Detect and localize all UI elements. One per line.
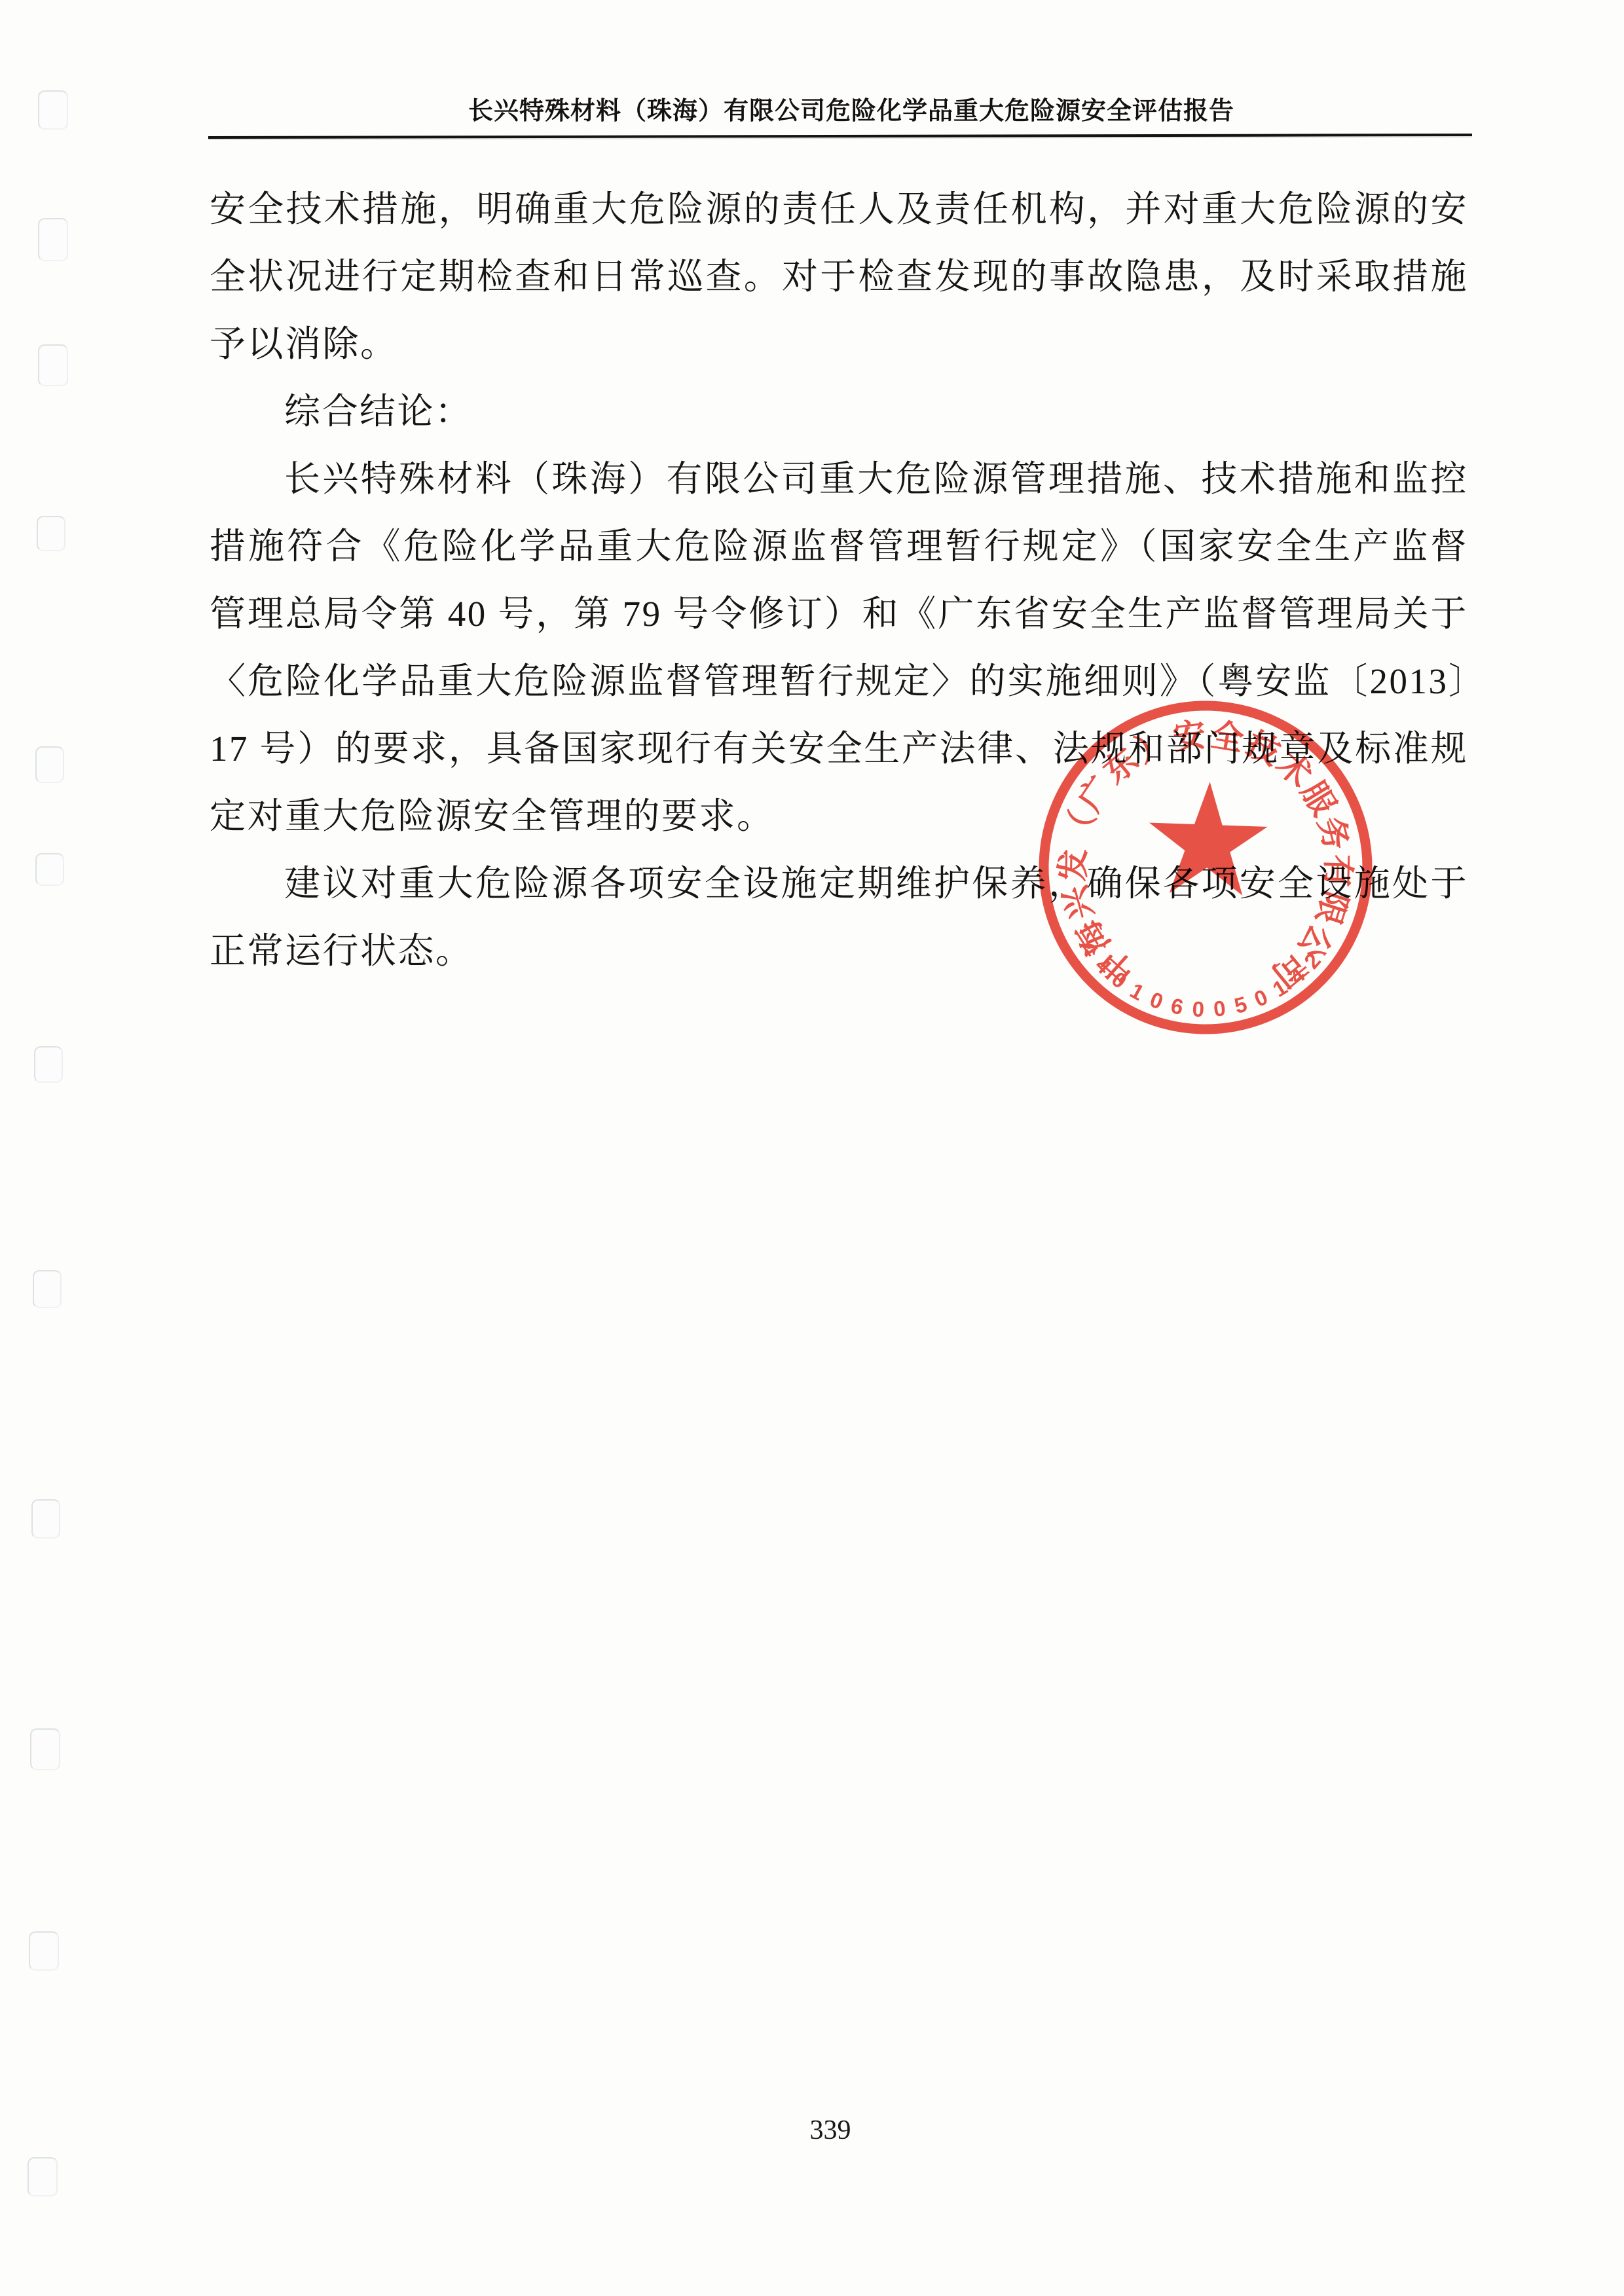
paragraph: 综合结论： — [210, 378, 1468, 445]
scan-artifact — [30, 1728, 60, 1770]
scan-artifact — [37, 516, 65, 551]
page-header-title: 长兴特殊材料（珠海）有限公司危险化学品重大危险源安全评估报告 — [223, 90, 1480, 126]
company-seal-stamp: 中海兴发（广东）安全技术服务有限公司 4401060050142 — [1037, 699, 1374, 1036]
scan-artifact — [38, 218, 68, 261]
scan-artifact — [38, 344, 68, 386]
scan-artifact — [35, 853, 64, 886]
scanned-report-page: 长兴特殊材料（珠海）有限公司危险化学品重大危险源安全评估报告 安全技术措施，明确… — [0, 0, 1624, 2296]
paragraph: 安全技术措施，明确重大危险源的责任人及责任机构，并对重大危险源的安全状况进行定期… — [210, 175, 1468, 378]
scan-artifact — [33, 1270, 62, 1308]
scan-artifact — [28, 2157, 58, 2196]
page-number: 339 — [765, 2112, 896, 2149]
scan-artifact — [29, 1931, 59, 1971]
scan-artifact — [35, 746, 64, 783]
seal-star-icon — [1147, 780, 1269, 896]
scan-artifact — [34, 1046, 63, 1083]
scan-artifact — [31, 1499, 60, 1539]
header-rule-line — [208, 134, 1472, 139]
scan-artifact — [38, 90, 68, 130]
